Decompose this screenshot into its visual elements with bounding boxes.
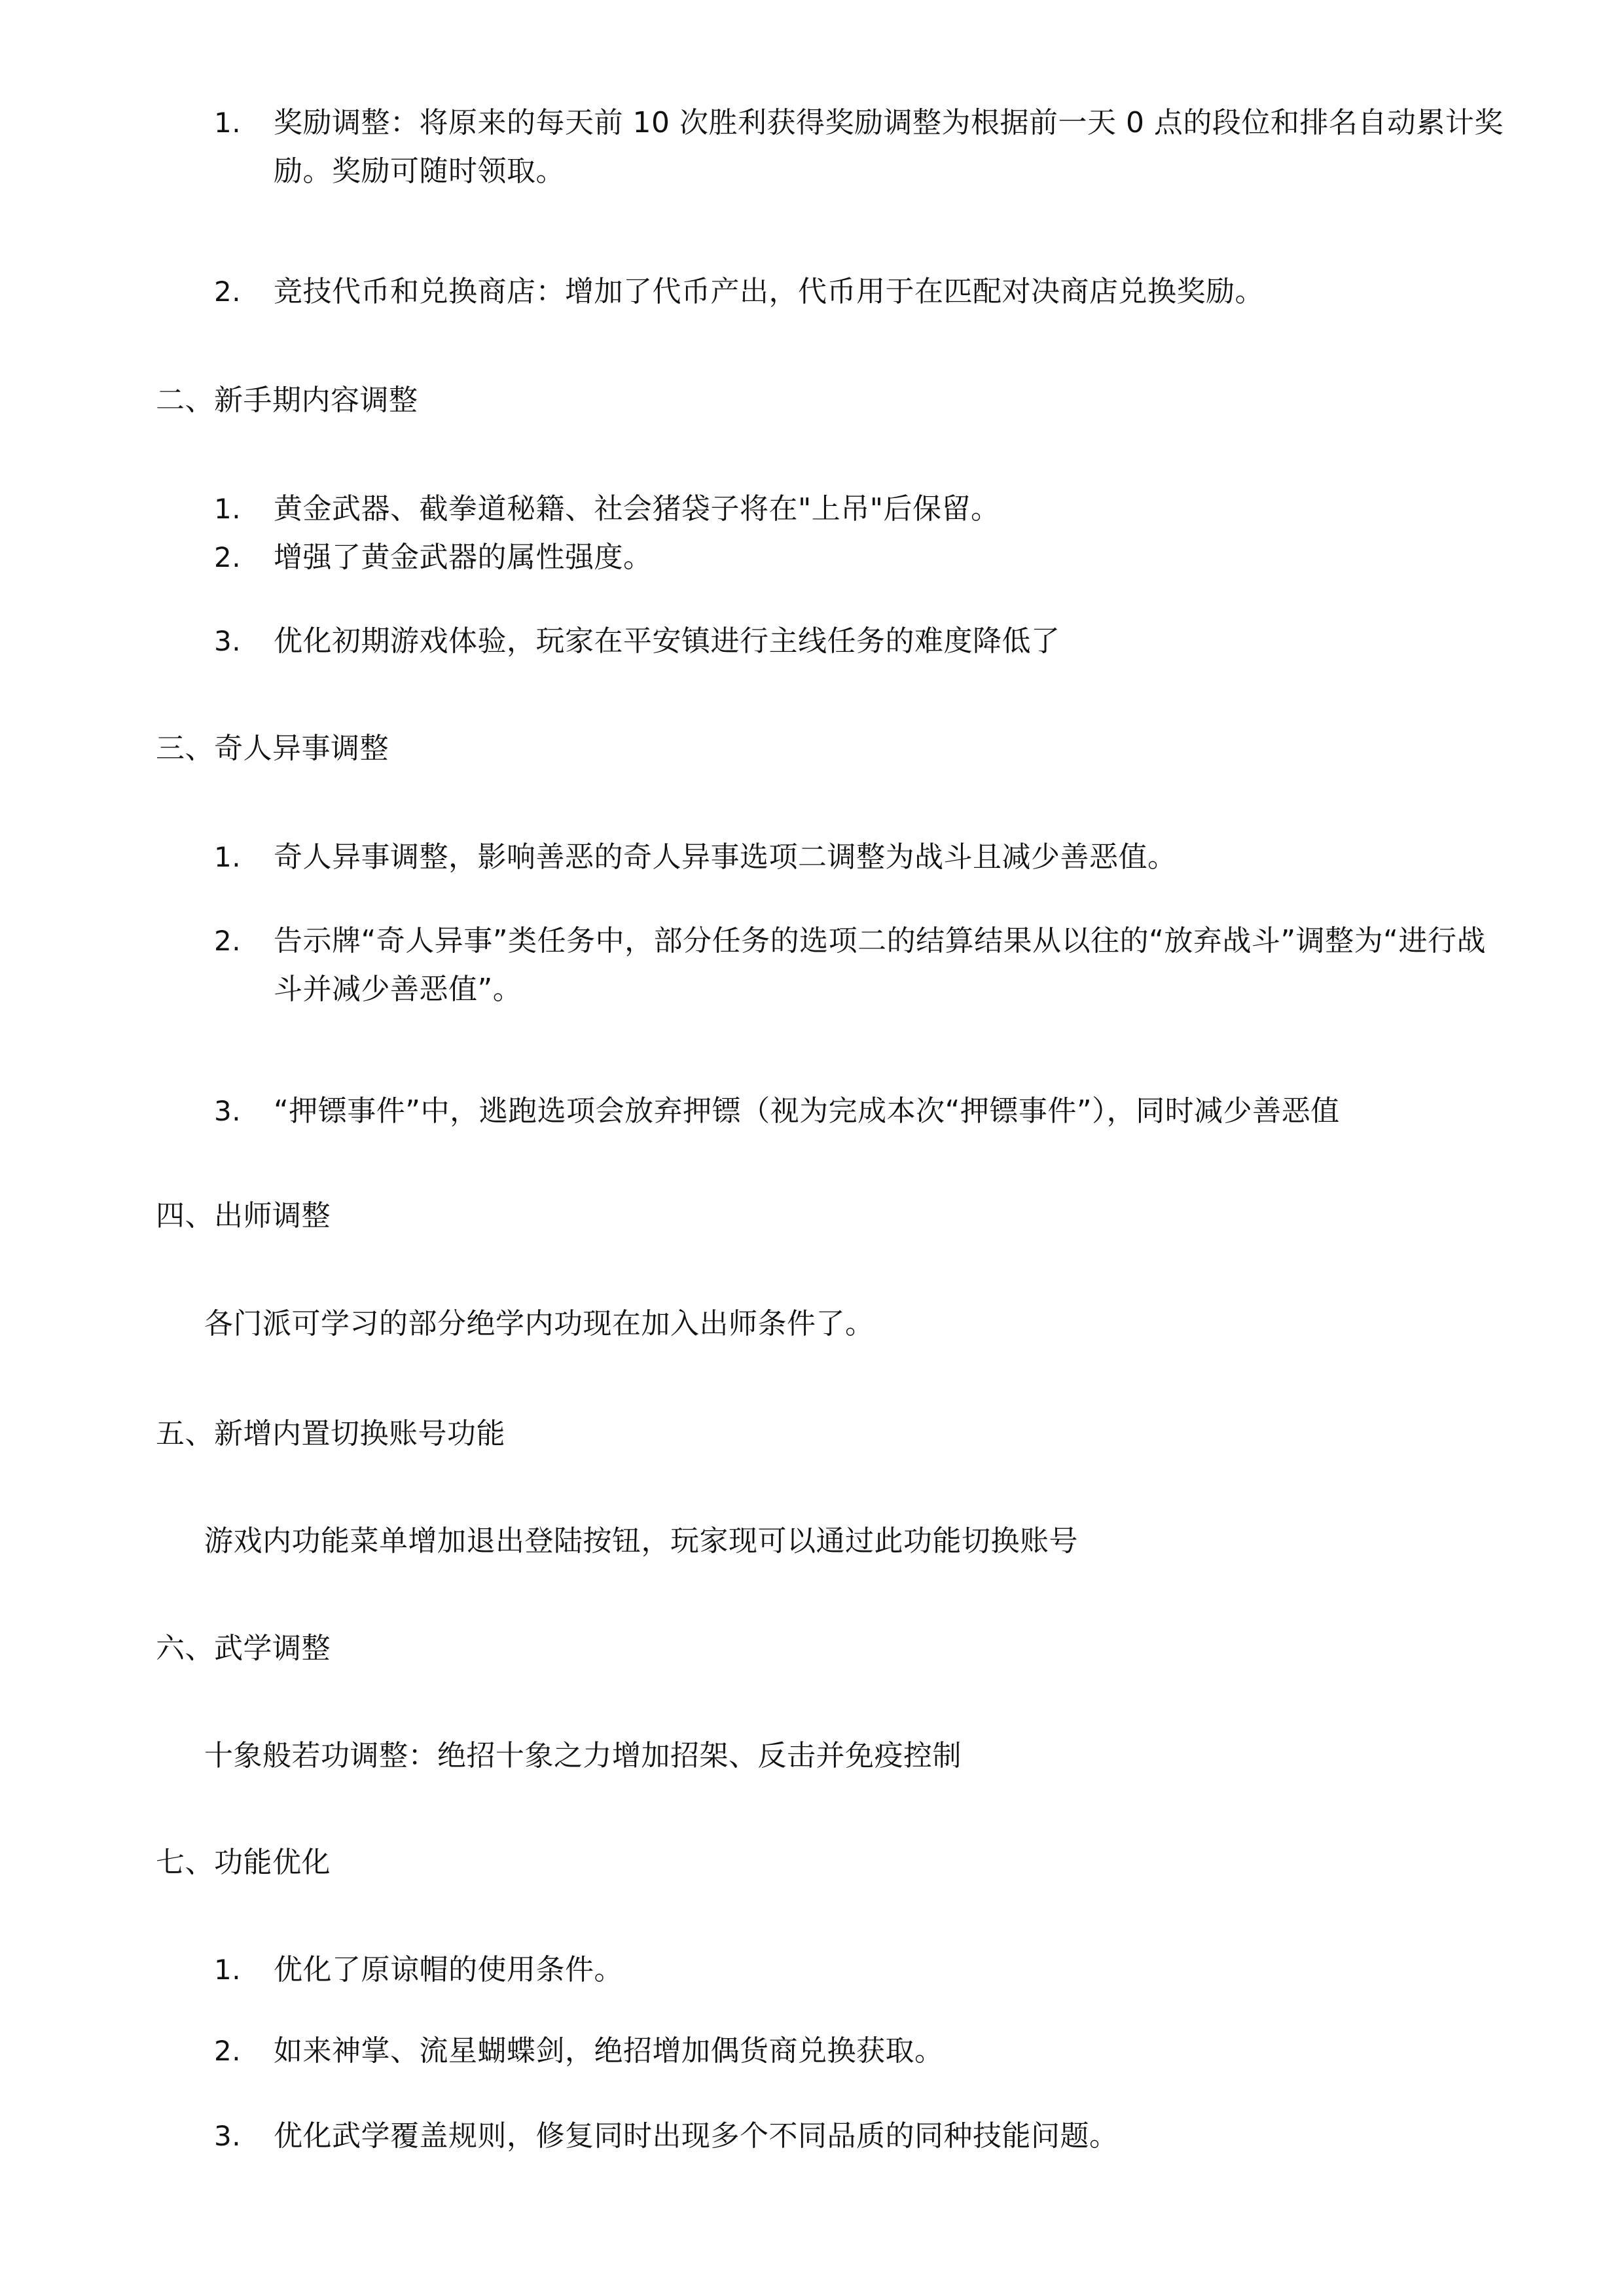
document-page: 1. 奖励调整：将原来的每天前 10 次胜利获得奖励调整为根据前一天 0 点的段…	[0, 0, 1624, 2296]
list-number: 2.	[214, 2033, 241, 2070]
list-item-text: 奖励调整：将原来的每天前 10 次胜利获得奖励调整为根据前一天 0 点的段位和排…	[274, 105, 1504, 141]
list-item-text: “押镖事件”中，逃跑选项会放弃押镖（视为完成本次“押镖事件”），同时减少善恶值	[274, 1093, 1340, 1130]
list-number: 3.	[214, 2118, 241, 2155]
list-item-text: 优化武学覆盖规则，修复同时出现多个不同品质的同种技能问题。	[274, 2118, 1119, 2155]
section-heading: 二、新手期内容调整	[156, 382, 418, 419]
paragraph: 游戏内功能菜单增加退出登陆按钮，玩家现可以通过此功能切换账号	[204, 1523, 1078, 1560]
list-number: 3.	[214, 623, 241, 660]
list-number: 2.	[214, 923, 241, 960]
list-item-text: 竞技代币和兑换商店：增加了代币产出，代币用于在匹配对决商店兑换奖励。	[274, 274, 1264, 310]
list-item-text-continued: 斗并减少善恶值”。	[274, 971, 522, 1008]
list-item-text: 奇人异事调整，影响善恶的奇人异事选项二调整为战斗且减少善恶值。	[274, 839, 1177, 876]
paragraph: 各门派可学习的部分绝学内功现在加入出师条件了。	[204, 1306, 875, 1342]
list-item-text: 优化了原谅帽的使用条件。	[274, 1952, 623, 1988]
section-heading: 七、功能优化	[156, 1844, 331, 1881]
list-item-text: 增强了黄金武器的属性强度。	[274, 539, 653, 576]
list-number: 3.	[214, 1093, 241, 1130]
section-heading: 六、武学调整	[156, 1630, 331, 1667]
list-item-text: 黄金武器、截拳道秘籍、社会猪袋子将在"上吊"后保留。	[274, 491, 1000, 528]
list-number: 2.	[214, 274, 241, 310]
section-heading: 五、新增内置切换账号功能	[156, 1416, 505, 1452]
list-item-text: 优化初期游戏体验，玩家在平安镇进行主线任务的难度降低了	[274, 623, 1060, 660]
list-item-text: 告示牌“奇人异事”类任务中，部分任务的选项二的结算结果从以往的“放弃战斗”调整为…	[274, 923, 1486, 960]
list-number: 1.	[214, 105, 241, 141]
section-heading: 三、奇人异事调整	[156, 730, 389, 767]
list-item-text-continued: 励。奖励可随时领取。	[274, 153, 565, 190]
section-heading: 四、出师调整	[156, 1198, 331, 1234]
paragraph: 十象般若功调整：绝招十象之力增加招架、反击并免疫控制	[204, 1738, 962, 1774]
list-number: 1.	[214, 839, 241, 876]
list-number: 2.	[214, 539, 241, 576]
list-number: 1.	[214, 491, 241, 528]
list-item-text: 如来神掌、流星蝴蝶剑，绝招增加偶货商兑换获取。	[274, 2033, 944, 2070]
list-number: 1.	[214, 1952, 241, 1988]
